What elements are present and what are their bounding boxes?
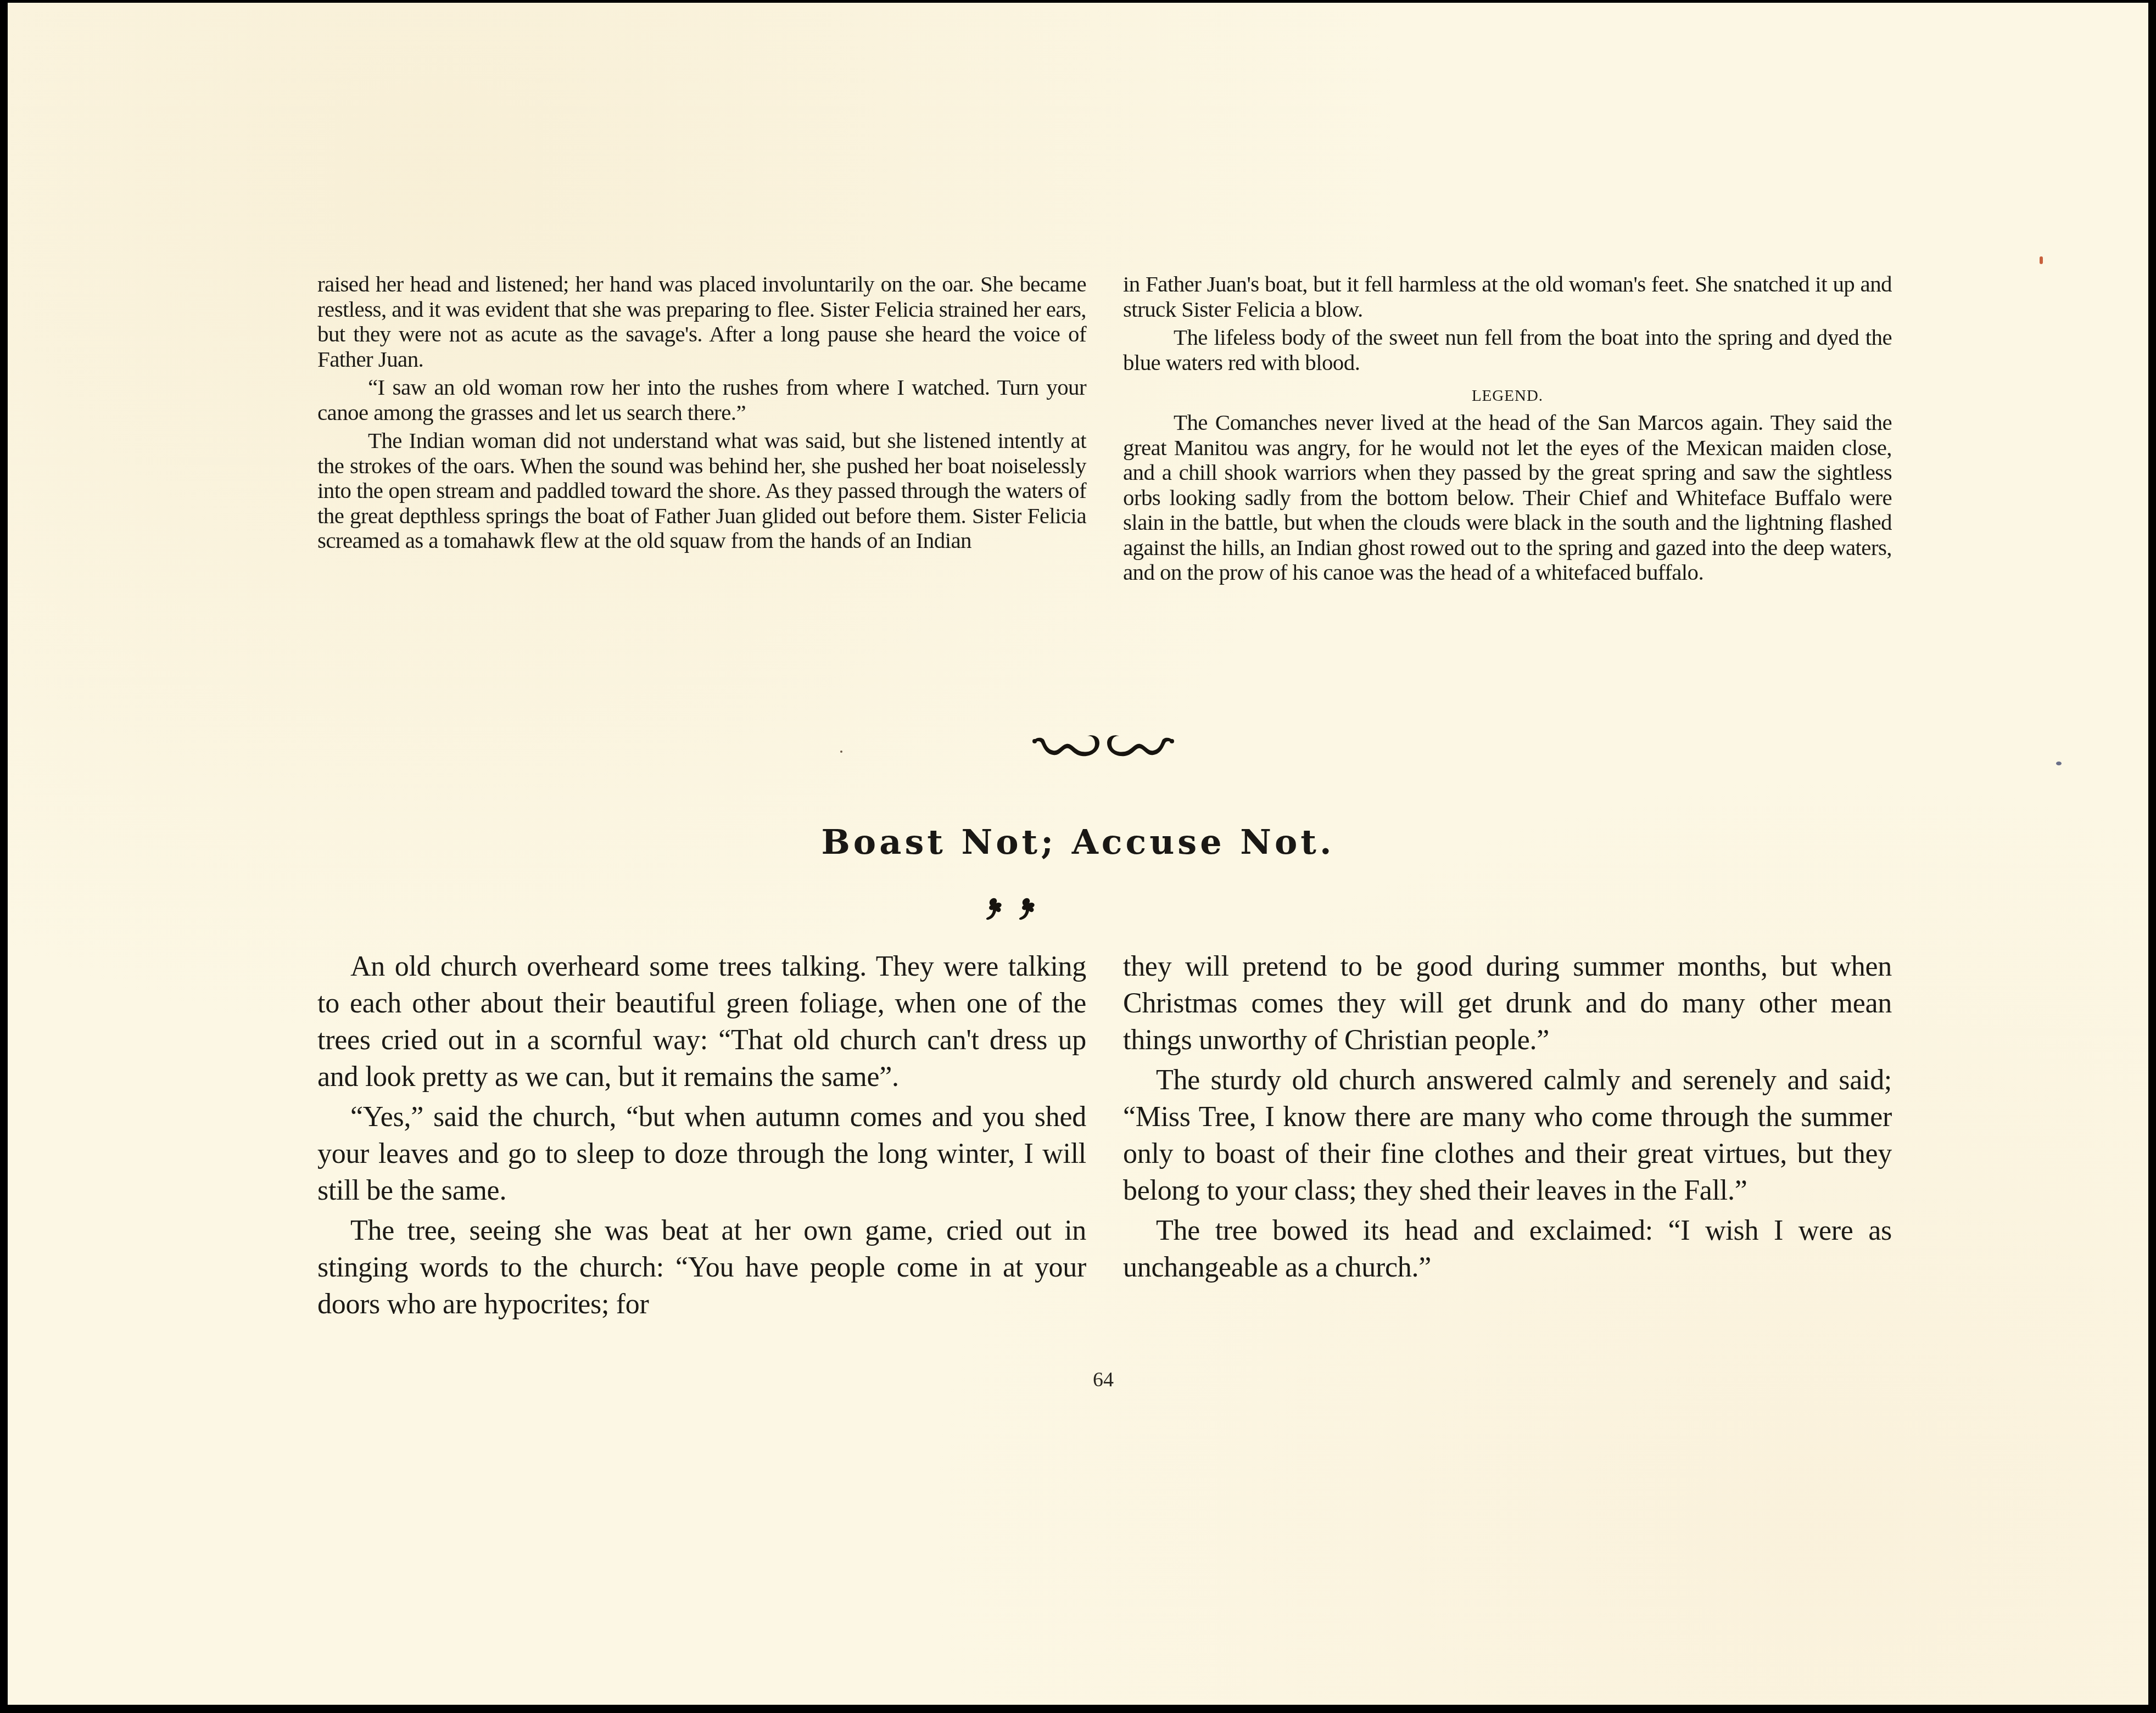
paragraph: The tree bowed its head and exclaimed: “… [1123, 1212, 1892, 1286]
paragraph: in Father Juan's boat, but it fell harml… [1123, 272, 1892, 322]
story-title: Boast Not; Accuse Not. [8, 822, 2148, 862]
paragraph: they will pretend to be good during summ… [1123, 948, 1892, 1059]
paragraph: The Indian woman did not understand what… [317, 428, 1086, 553]
paragraph: raised her head and listened; her hand w… [317, 272, 1086, 372]
paragraph: The tree, seeing she was beat at her own… [317, 1212, 1086, 1323]
paragraph: An old church overheard some trees talki… [317, 948, 1086, 1095]
paragraph: “I saw an old woman row her into the rus… [317, 375, 1086, 425]
paragraph: “Yes,” said the church, “but when autumn… [317, 1099, 1086, 1209]
previous-story-left-column: raised her head and listened; her hand w… [317, 272, 1086, 557]
story-right-column: they will pretend to be good during summ… [1123, 948, 1892, 1289]
previous-story-right-column: in Father Juan's boat, but it fell harml… [1123, 272, 1892, 589]
legend-heading: LEGEND. [1123, 385, 1892, 407]
story-left-column: An old church overheard some trees talki… [317, 948, 1086, 1326]
paragraph: The lifeless body of the sweet nun fell … [1123, 325, 1892, 375]
ink-fleck-dot [840, 751, 842, 753]
book-page: raised her head and listened; her hand w… [8, 3, 2148, 1705]
paragraph: The sturdy old church answered calmly an… [1123, 1062, 1892, 1209]
ink-fleck-blue [2056, 762, 2062, 765]
page-number: 64 [1093, 1368, 1114, 1392]
ink-fleck-red [2040, 256, 2043, 264]
serpentine-divider-icon [1031, 732, 1175, 757]
legend-paragraph: The Comanches never lived at the head of… [1123, 410, 1892, 585]
fleuron-pair-icon [983, 894, 1049, 925]
